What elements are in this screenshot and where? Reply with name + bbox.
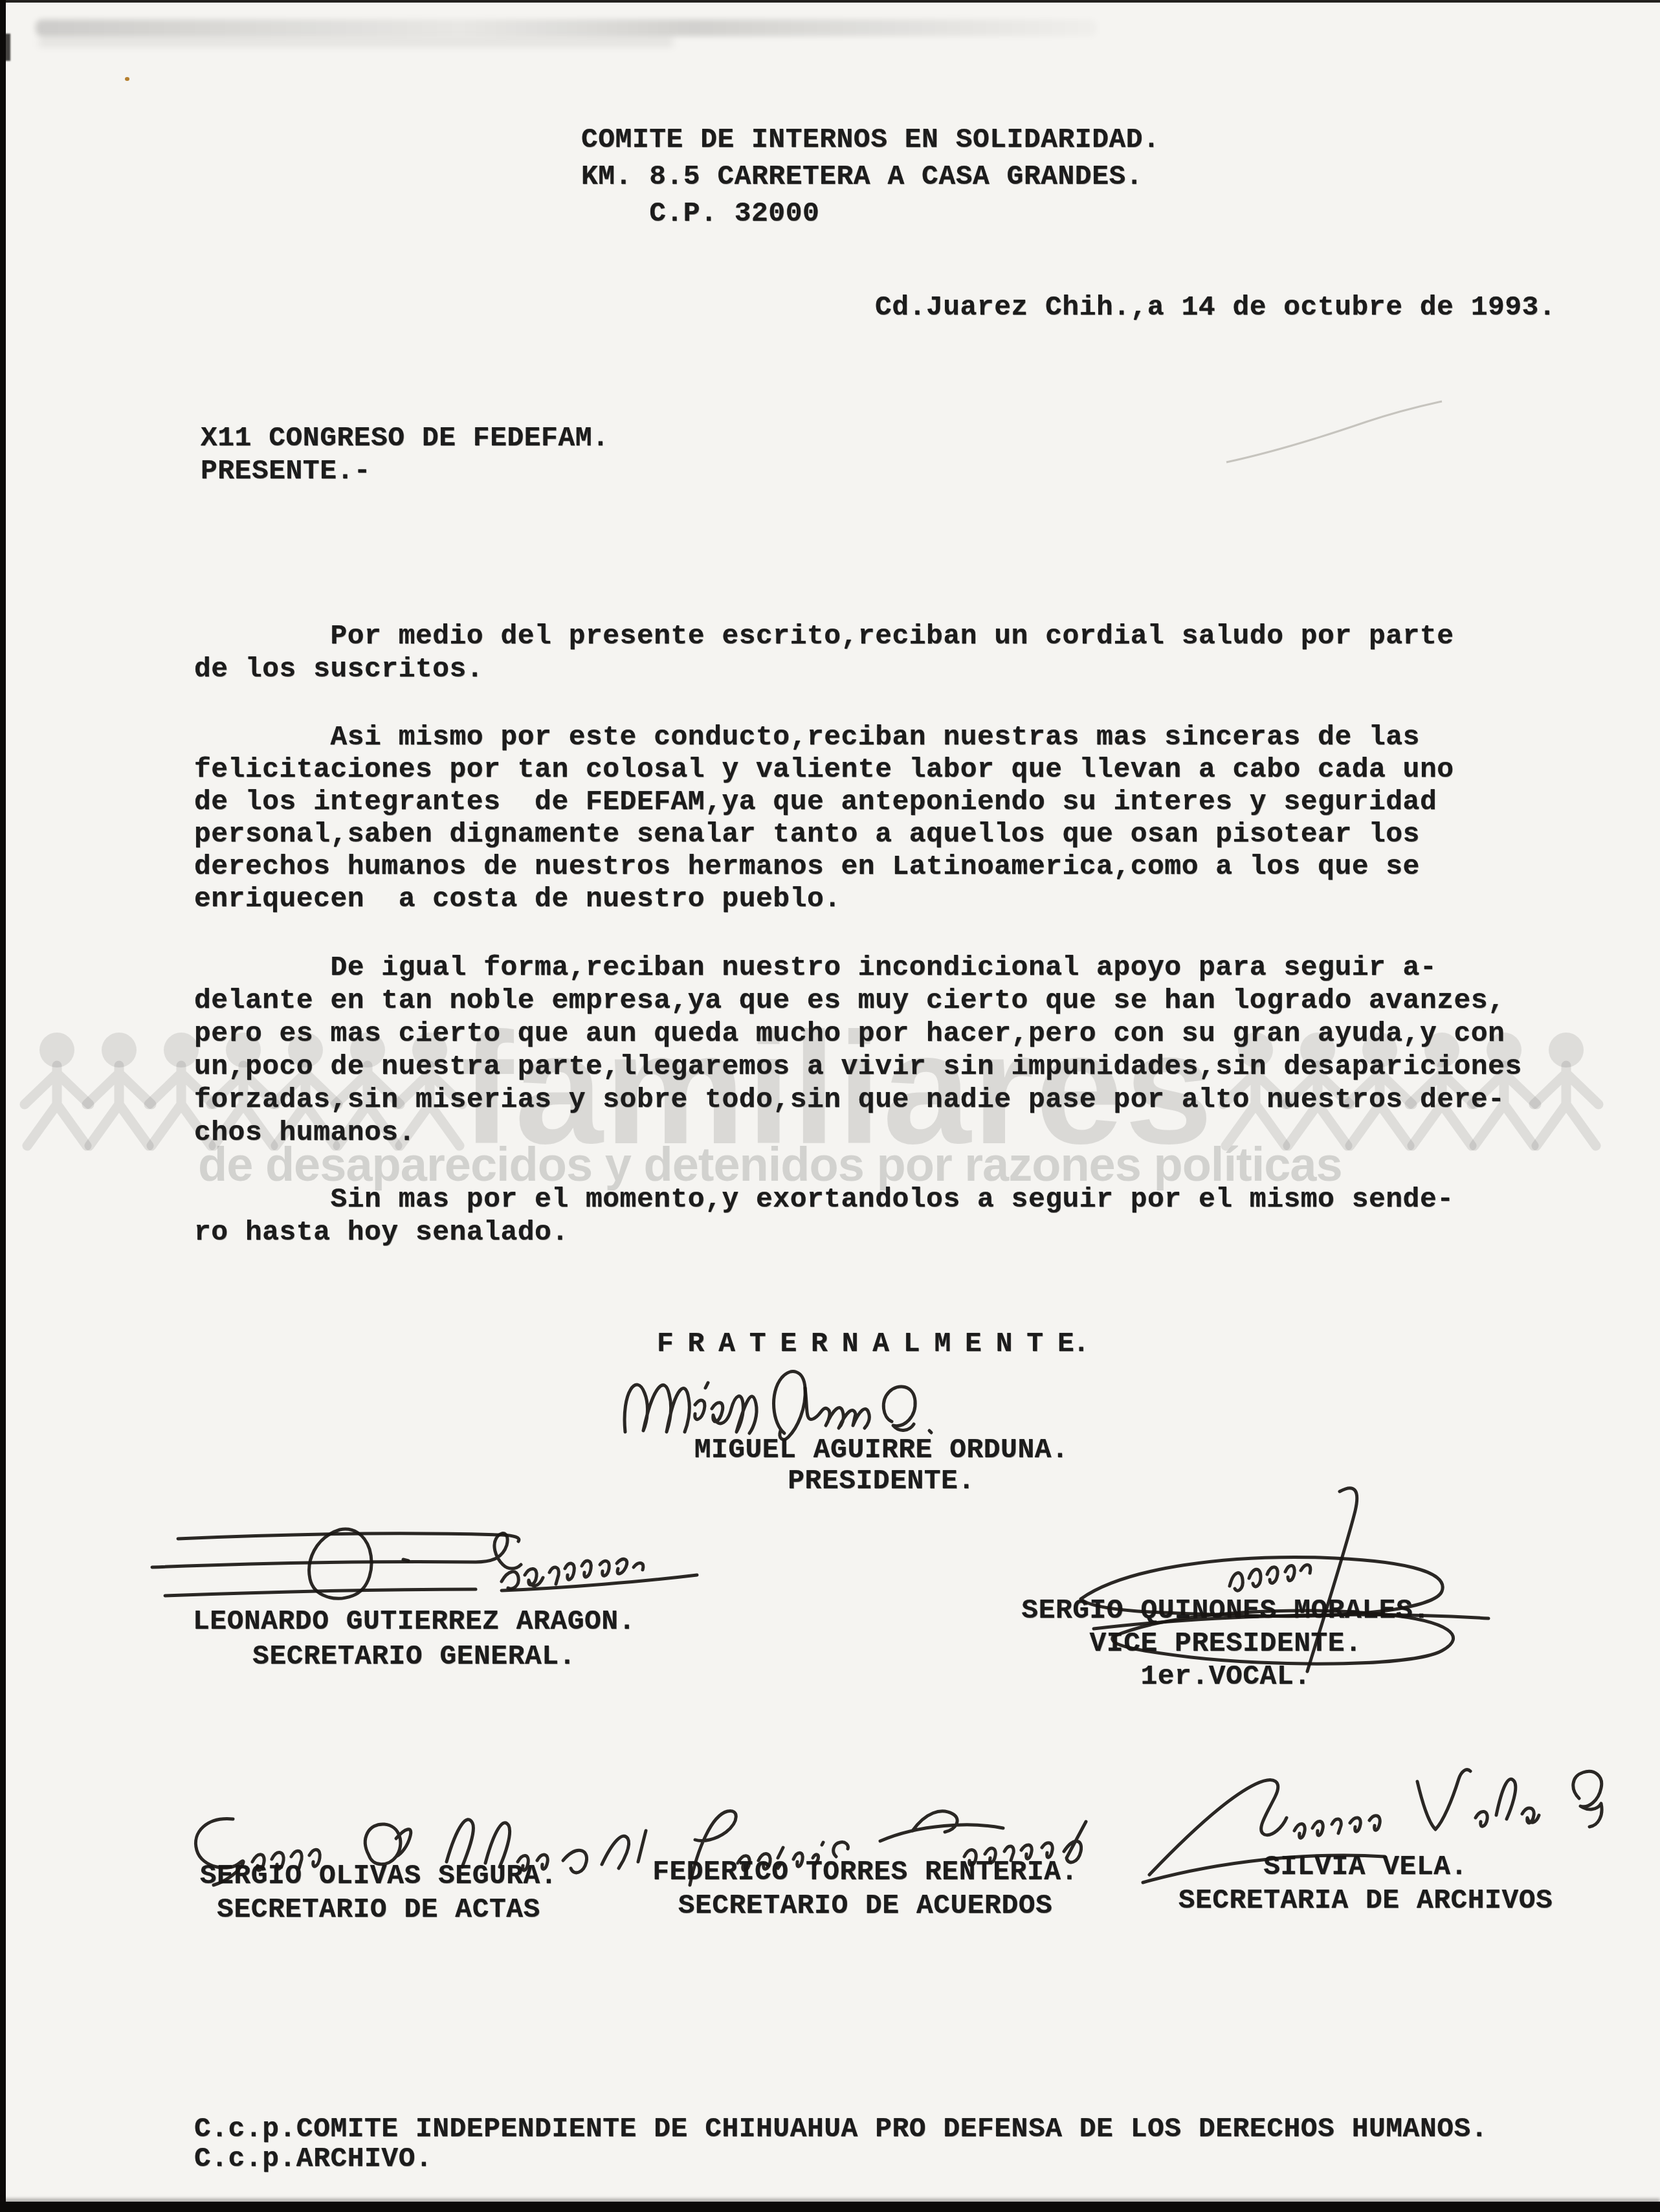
scan-edge-top [0,0,1660,3]
handwritten-signature-quinones [1035,1482,1514,1677]
handwritten-signature-sergio-olivas [175,1800,673,1897]
handwritten-signature-federico-torres [667,1793,1100,1897]
paper-fleck [125,77,129,81]
handwritten-signature-gutierrez [139,1505,715,1612]
handwritten-signature-silvia-vela [1139,1748,1624,1890]
scanned-letter-page: familiares de desaparecidos y detenidos … [0,0,1660,2212]
handwritten-signature-miguel-aguirre [615,1346,938,1460]
scan-edge-bottom [0,2202,1660,2212]
scan-edge-left [0,0,6,2212]
